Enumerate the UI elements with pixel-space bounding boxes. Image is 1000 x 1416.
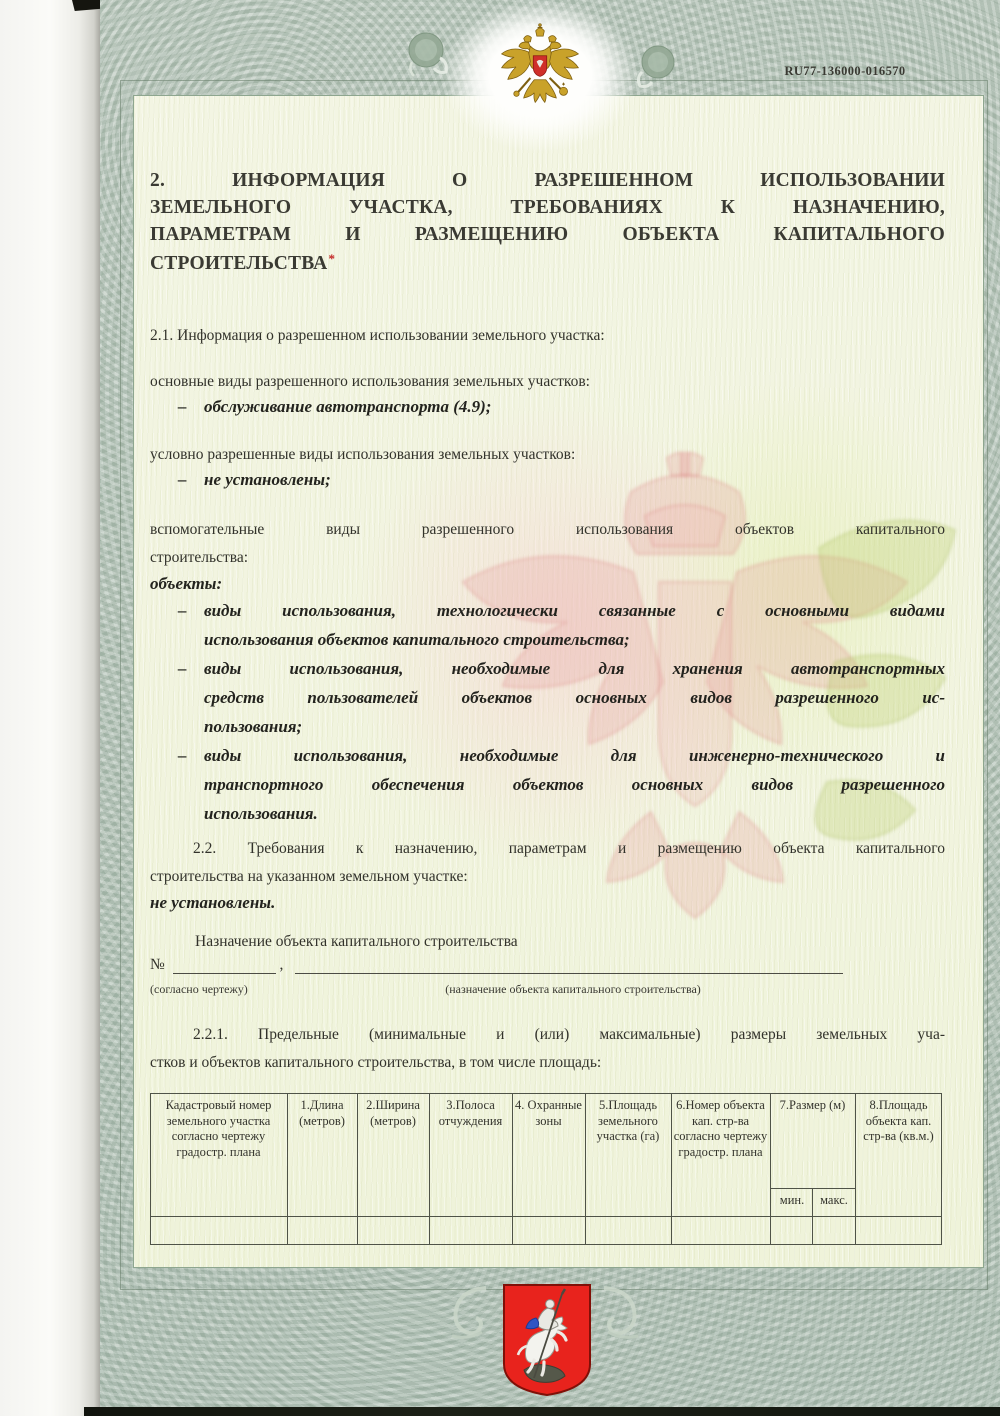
table-col-header: 8.Площадь объекта кап. стр-ва (кв.м.) [857,1098,940,1145]
table-col-header: 5.Площадь земельного участка (га) [587,1098,669,1145]
aux-item-line: транспортного обеспечения объектов основ… [204,775,945,795]
footnote-asterisk: * [328,251,335,266]
list-dash: – [178,659,200,679]
main-uses-label: основные виды разрешенного использования… [150,373,945,391]
table-col-header: 3.Полоса отчуждения [431,1098,510,1129]
clause-2-2-line: строительства на указанном земельном уча… [150,868,945,886]
section-heading-line: ЗЕМЕЛЬНОГО УЧАСТКА, ТРЕБОВАНИЯХ К НАЗНАЧ… [150,197,945,219]
table-subcol-max: макс. [814,1193,854,1208]
comma-separator: , [280,956,284,973]
clause-2-2-1-line: 2.2.1. Предельные (минимальные и (или) м… [150,1026,945,1044]
objects-label: объекты: [150,574,945,594]
aux-item-line: виды использования, технологически связа… [204,601,945,621]
certificate-sheet: RU77-136000-016570 [100,0,1000,1416]
clause-2-1-title: 2.1. Информация о разрешенном использова… [150,327,945,345]
blank-field-number [173,955,276,974]
clause-2-2-1-line: стков и объектов капитального строительс… [150,1054,945,1072]
blank-field-purpose [295,955,843,974]
auxiliary-uses-label-line: строительства: [150,549,945,567]
border-curl-ornament [598,1280,650,1344]
russian-coat-of-arms-icon [492,20,588,130]
table-col-header: 4. Охран­ные зоны [514,1098,583,1129]
moscow-coat-of-arms-icon [500,1282,594,1398]
clause-2-2-value: не установлены. [150,893,945,913]
conditional-use-item: не установлены; [204,470,945,490]
table-col-header: Кадастровый номер земельного участка сог… [154,1098,283,1160]
caption-purpose: (назначение объекта капитального строите… [398,982,748,997]
list-dash: – [178,470,200,490]
list-dash: – [178,746,200,766]
aux-item-line: виды использования, необходимые для инже… [204,746,945,766]
table-empty-data-row [150,1216,942,1245]
heading-text: СТРОИТЕЛЬСТВА [150,253,327,274]
clause-2-2-line: 2.2. Требования к назначению, параметрам… [150,840,945,858]
aux-item-line: пользования; [204,717,945,737]
list-dash: – [178,397,200,417]
aux-item-line: использования объектов капитального стро… [204,630,945,650]
auxiliary-uses-label-line: вспомогательные виды разрешенного исполь… [150,521,945,539]
conditional-uses-label: условно разрешенные виды использования з… [150,446,945,464]
scanned-document-page: { "document": { "serial_number": "RU77-1… [0,0,1000,1416]
table-col-header: 7.Размер (м) [772,1098,853,1114]
guilloche-sphere-ornament [634,38,680,90]
aux-item-line: средств пользователей объектов основных … [204,688,945,708]
main-use-item: обслуживание автотранспорта (4.9); [204,397,945,417]
purpose-title: Назначение объекта капитального строител… [195,933,945,951]
border-curl-ornament [440,1280,492,1344]
aux-item-line: использования. [204,804,945,824]
section-heading-line: 2. ИНФОРМАЦИЯ О РАЗРЕШЕННОМ ИСПОЛЬЗОВАНИ… [150,170,945,192]
section-heading-line: ПАРАМЕТРАМ И РАЗМЕЩЕНИЮ ОБЪЕКТА КАПИТАЛЬ… [150,224,945,246]
purpose-number-row: № , [150,955,945,977]
table-col-header: 6.Номер объ­екта кап. стр-ва согласно че… [673,1098,768,1160]
list-dash: – [178,601,200,621]
number-sign: № [150,956,165,973]
table-subcol-min: мин. [772,1193,812,1208]
dimension-limits-table: Кадастровый номер земельного участка сог… [150,1093,942,1245]
table-col-header: 1.Длина (метров) [289,1098,355,1129]
section-heading-line: СТРОИТЕЛЬСТВА* [150,251,945,275]
scan-bottom-shadow [84,1407,1000,1416]
table-col-header: 2.Ширина (метров) [359,1098,427,1129]
book-spine-margin [0,0,101,1416]
document-serial-number: RU77-136000-016570 [740,64,950,79]
aux-item-line: виды использования, необходимые для хран… [204,659,945,679]
